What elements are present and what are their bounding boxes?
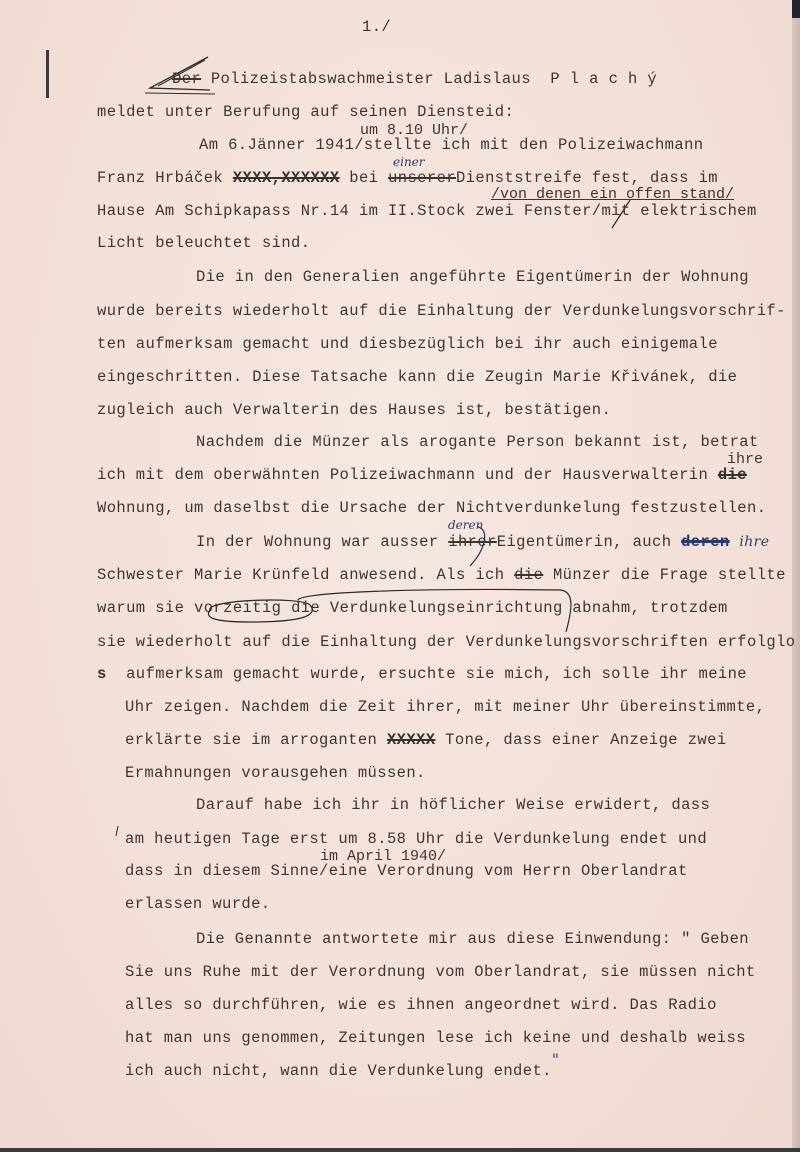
- line-2: meldet unter Berufung auf seinen Dienste…: [97, 103, 514, 121]
- line-reporter-title: Der Polizeistabswachmeister Ladislaus P …: [172, 70, 657, 88]
- page-number: 1./: [362, 18, 391, 36]
- line-7: Die in den Generalien angeführte Eigentü…: [196, 268, 749, 286]
- line-20: Uhr zeigen. Nachdem die Zeit ihrer, mit …: [125, 698, 765, 716]
- line-11: zugleich auch Verwalterin des Hauses ist…: [97, 401, 611, 419]
- line-17: warum sie vorzeitig die Verdunkelungsein…: [97, 599, 728, 617]
- struck-xs: XXXXX: [387, 731, 436, 749]
- struck-word-blue: deren: [681, 533, 730, 551]
- line-8: wurde bereits wiederholt auf die Einhalt…: [97, 302, 786, 320]
- line-23: Darauf habe ich ihr in höflicher Weise e…: [196, 796, 710, 814]
- line-3-rest: /stellte ich mit den Polizeiwachmann: [354, 136, 703, 154]
- line-17-rest: abnahm, trotzdem: [572, 599, 727, 617]
- date-text: Am 6.Jänner 1941: [199, 136, 354, 154]
- line-4-rest: Dienststreife fest, dass im: [456, 169, 718, 187]
- line-19-text: aufmerksam gemacht wurde, ersuchte sie m…: [126, 665, 747, 683]
- line-17-text: warum sie: [97, 599, 184, 617]
- line-27: Die Genannte antwortete mir aus diese Ei…: [196, 930, 749, 948]
- line-16: Schwester Marie Krünfeld anwesend. Als i…: [97, 566, 786, 584]
- closing-quote-mark: ": [552, 1051, 560, 1069]
- line-21-rest: Tone, dass einer Anzeige zwei: [445, 731, 726, 749]
- line-18: sie wiederholt auf die Einhaltung der Ve…: [97, 633, 796, 651]
- line-21: erklärte sie im arroganten XXXXX Tone, d…: [125, 731, 727, 749]
- line-5: Hause Am Schipkapass Nr.14 im II.Stock z…: [97, 202, 757, 220]
- struck-word: die: [514, 566, 543, 584]
- circled-word: vorzeitig: [194, 599, 281, 617]
- line-13-text: ich mit dem oberwähnten Polizeiwachmann …: [97, 466, 708, 484]
- line-15-text: In der Wohnung war ausser: [196, 533, 439, 551]
- officer-name: Franz Hrbáček: [97, 169, 223, 187]
- handwritten-word: ihre: [739, 534, 769, 550]
- overtyped-letter: s: [97, 665, 107, 683]
- line-19: s aufmerksam gemacht wurde, ersuchte sie…: [97, 665, 747, 683]
- line-16-text: Schwester Marie Krünfeld anwesend. Als i…: [97, 566, 504, 584]
- word-bei: bei: [349, 169, 378, 187]
- scan-corner: [792, 0, 800, 18]
- line-4: Franz Hrbáček XXXX,XXXXXX bei unsererDie…: [97, 169, 718, 187]
- page-edge-shadow: [792, 0, 800, 1152]
- line-30: hat man uns genommen, Zeitungen lese ich…: [125, 1029, 746, 1047]
- line-12: Nachdem die Münzer als arogante Person b…: [196, 433, 759, 451]
- struck-word: Der: [172, 70, 201, 88]
- line-29: alles so durchführen, wie es ihnen angeo…: [125, 996, 717, 1014]
- line-21-text: erklärte sie im arroganten: [125, 731, 377, 749]
- line-15: In der Wohnung war ausser ihrerEigentüme…: [196, 533, 769, 551]
- line-9: ten aufmerksam gemacht und diesbezüglich…: [97, 335, 718, 353]
- line-24: am heutigen Tage erst um 8.58 Uhr die Ve…: [125, 830, 707, 848]
- struck-word: die: [718, 466, 747, 484]
- reporter-name: P l a c h ý: [550, 70, 657, 88]
- bracketed-phrase: die Verdunkelungseinrichtung: [291, 599, 563, 617]
- handwritten-insert-deren: deren: [448, 518, 483, 532]
- line-6: Licht beleuchtet sind.: [97, 234, 310, 252]
- line-31-text: ich auch nicht, wann die Verdunkelung en…: [125, 1062, 552, 1080]
- handwritten-insert-einer: einer: [393, 155, 425, 169]
- struck-xs: XXXX,XXXXXX: [233, 169, 340, 187]
- margin-mark: [46, 50, 49, 98]
- line-13: ich mit dem oberwähnten Polizeiwachmann …: [97, 466, 747, 484]
- struck-word: ihrer: [448, 533, 497, 551]
- line-26: erlassen wurde.: [125, 895, 271, 913]
- line-25: dass in diesem Sinne/eine Verordnung vom…: [125, 862, 688, 880]
- line-22: Ermahnungen vorausgehen müssen.: [125, 764, 426, 782]
- line-31: ich auch nicht, wann die Verdunkelung en…: [125, 1061, 559, 1080]
- struck-word: unserer: [388, 169, 456, 187]
- line-16-rest: Münzer die Frage stellte: [553, 566, 786, 584]
- reporter-rank: Polizeistabswachmeister Ladislaus: [211, 70, 531, 88]
- line-10: eingeschritten. Diese Tatsache kann die …: [97, 368, 737, 386]
- line-3: Am 6.Jänner 1941/stellte ich mit den Pol…: [199, 136, 704, 154]
- scan-bottom-edge: [0, 1148, 800, 1152]
- typed-insert-window: /von denen ein offen stand/: [491, 186, 734, 203]
- line-28: Sie uns Ruhe mit der Verordnung vom Ober…: [125, 963, 756, 981]
- line-15-mid: Eigentümerin, auch: [497, 533, 672, 551]
- line-14: Wohnung, um daselbst die Ursache der Nic…: [97, 499, 766, 517]
